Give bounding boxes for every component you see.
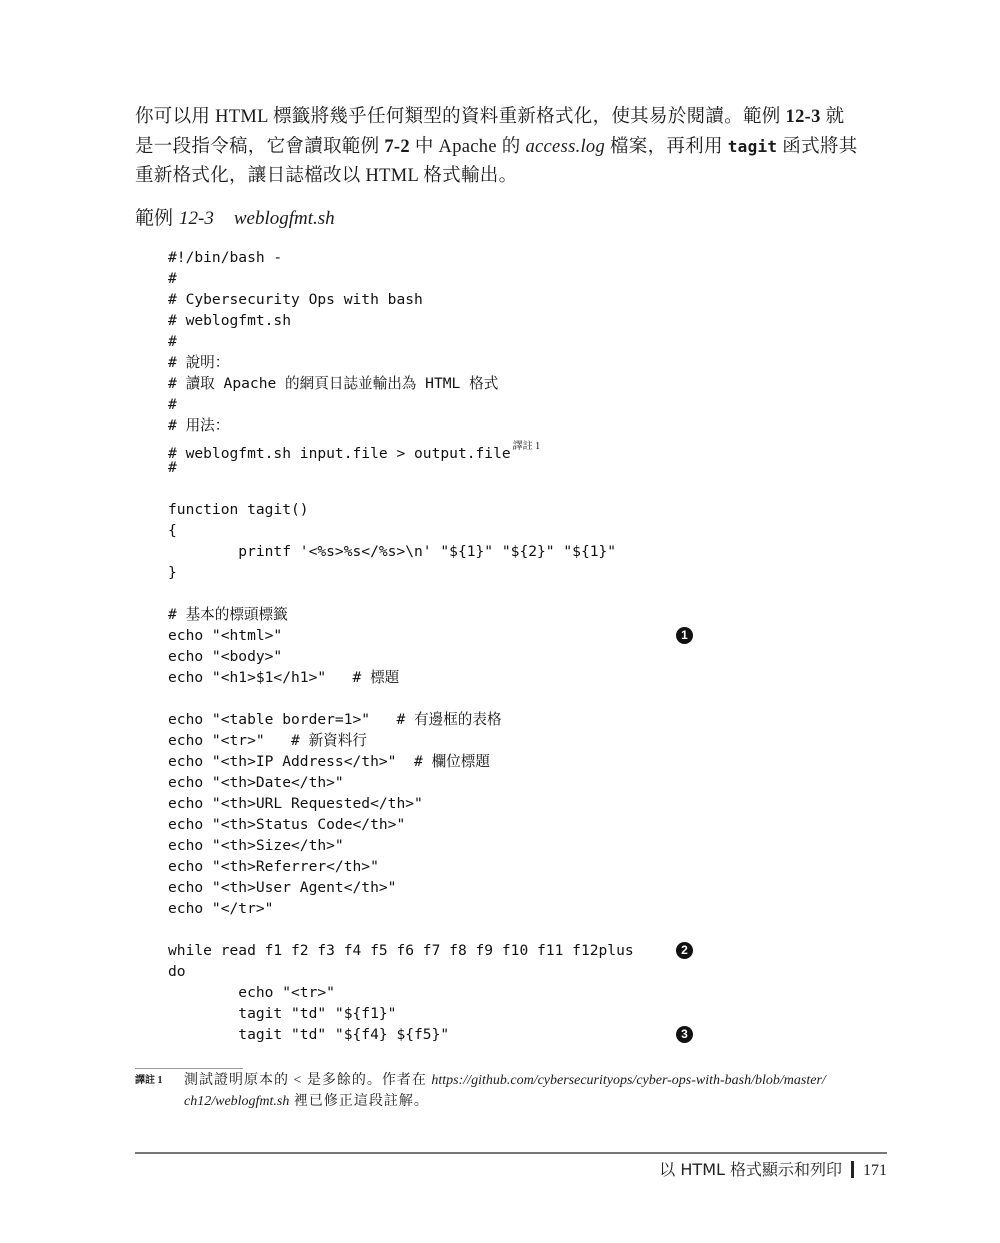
footnote-line-1: 測試證明原本的 < 是多餘的。作者在 https://github.com/cy… [184,1070,890,1091]
intro-paragraph: 你可以用 HTML 標籤將幾乎任何類型的資料重新格式化，使其易於閱讀。範例 12… [135,103,887,191]
code-line: tagit "td" "${f4} ${f5}" [168,1024,634,1045]
code-line: echo "<th>IP Address</th>" # 欄位標題 [168,751,634,772]
caption-label: 範例 [135,208,173,229]
code-line: echo "<th>Status Code</th>" [168,814,634,835]
code-line: while read f1 f2 f3 f4 f5 f6 f7 f8 f9 f1… [168,940,634,961]
text: 裡已修正這段註解。 [289,1094,429,1109]
code-line: echo "<html>" [168,625,634,646]
text: 函式將其 [777,137,857,157]
footer-divider [135,1152,887,1154]
text: 檔案，再利用 [605,137,728,157]
code-line: printf '<%s>%s</%s>\n' "${1}" "${2}" "${… [168,541,634,562]
code-line: # weblogfmt.sh [168,310,634,331]
text: 測試證明原本的 < 是多餘的。作者在 [184,1073,431,1088]
intro-line-1: 你可以用 HTML 標籤將幾乎任何類型的資料重新格式化，使其易於閱讀。範例 12… [135,103,887,132]
code-line: # 用法： [168,415,634,436]
code-line: echo "<body>" [168,646,634,667]
code-listing: #!/bin/bash -## Cybersecurity Ops with b… [168,247,634,1045]
example-caption: 範例12-3weblogfmt.sh [135,206,335,232]
footnote-url[interactable]: https://github.com/cybersecurityops/cybe… [431,1073,825,1088]
code-line: echo "<th>Size</th>" [168,835,634,856]
section-title: 以 HTML 格式顯示和列印 [659,1160,842,1179]
text: 就 [821,107,845,127]
code-line: echo "<table border=1>" # 有邊框的表格 [168,709,634,730]
caption-number: 12-3 [179,208,214,229]
code-line: #!/bin/bash - [168,247,634,268]
code-line: echo "<th>Date</th>" [168,772,634,793]
text: 是一段指令稿，它會讀取範例 [135,137,384,157]
footnote-divider [135,1068,243,1069]
code-line: do [168,961,634,982]
footnote-marker: 譯註 1 [135,1070,163,1091]
code-line: function tagit() [168,499,634,520]
intro-line-2: 是一段指令稿，它會讀取範例 7-2 中 Apache 的 access.log … [135,132,887,162]
page-footer: 以 HTML 格式顯示和列印171 [659,1158,887,1183]
callout-marker-3: 3 [676,1026,693,1043]
text: 中 Apache 的 [410,137,526,157]
code-line: # [168,394,634,415]
code-line: echo "<tr>" # 新資料行 [168,730,634,751]
footnote-line-2: ch12/weblogfmt.sh 裡已修正這段註解。 [184,1091,890,1112]
code-line: { [168,520,634,541]
filename: access.log [525,137,605,157]
code-line: echo "<h1>$1</h1>" # 標題 [168,667,634,688]
code-line: echo "<tr>" [168,982,634,1003]
code-line: echo "<th>URL Requested</th>" [168,793,634,814]
code-line: echo "</tr>" [168,898,634,919]
footnote-ref[interactable]: 譯註 1 [513,441,541,452]
code-line: } [168,562,634,583]
text: 你可以用 HTML 標籤將幾乎任何類型的資料重新格式化，使其易於閱讀。範例 [135,107,786,127]
code-line [168,478,634,499]
code-line: # 讀取 Apache 的網頁日誌並輸出為 HTML 格式 [168,373,634,394]
code-line: # 說明： [168,352,634,373]
footnote-url-cont[interactable]: ch12/weblogfmt.sh [184,1094,289,1109]
code-line: # [168,457,634,478]
intro-line-3: 重新格式化，讓日誌檔改以 HTML 格式輸出。 [135,162,887,191]
code-line: # [168,268,634,289]
code-line [168,583,634,604]
caption-filename: weblogfmt.sh [234,208,335,229]
footnote: 譯註 1 測試證明原本的 < 是多餘的。作者在 https://github.c… [135,1070,890,1112]
code-line: tagit "td" "${f1}" [168,1003,634,1024]
code-line [168,919,634,940]
code-line: # [168,331,634,352]
footnote-body: 測試證明原本的 < 是多餘的。作者在 https://github.com/cy… [184,1070,890,1112]
callout-marker-1: 1 [676,627,693,644]
code-line: # 基本的標頭標籤 [168,604,634,625]
callout-marker-2: 2 [676,942,693,959]
code-line: echo "<th>User Agent</th>" [168,877,634,898]
function-name: tagit [728,137,778,156]
code-line: echo "<th>Referrer</th>" [168,856,634,877]
code-line [168,688,634,709]
example-ref: 7-2 [384,137,410,157]
page-number: 171 [863,1162,887,1179]
example-ref: 12-3 [786,107,821,127]
footer-separator [851,1161,854,1178]
code-line: # Cybersecurity Ops with bash [168,289,634,310]
code-line: # weblogfmt.sh input.file > output.file譯… [168,436,634,457]
